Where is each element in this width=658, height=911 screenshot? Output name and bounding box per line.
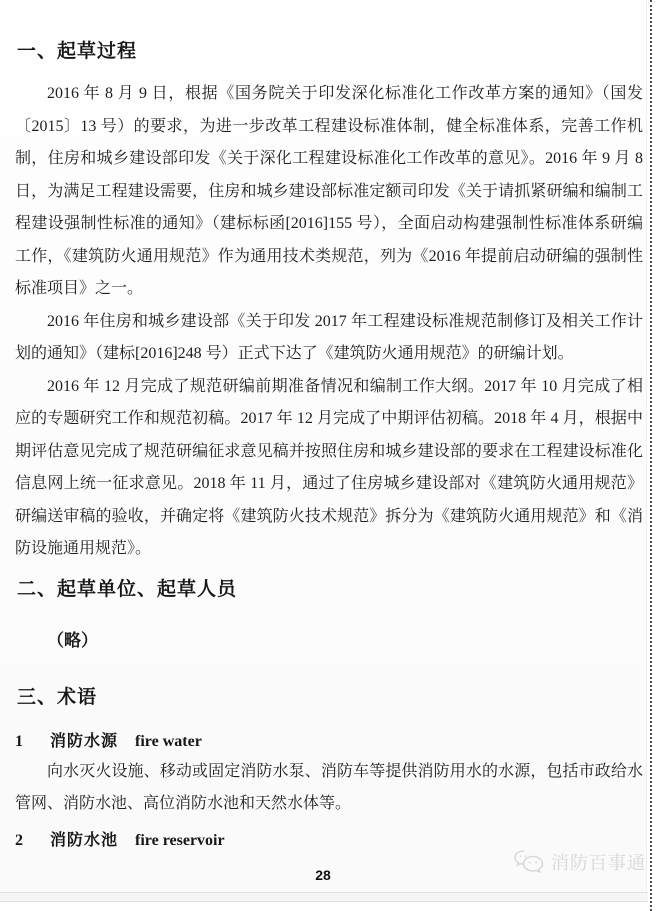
section2-omitted-note: （略）	[15, 628, 643, 654]
watermark-text: 消防百事通	[551, 849, 646, 875]
section1-paragraph-3: 2016 年 12 月完成了规范研编前期准备情况和编制工作大纲。2017 年 1…	[15, 371, 643, 566]
section3-heading: 三、术语	[17, 686, 643, 710]
section2-heading: 二、起草单位、起草人员	[17, 578, 643, 602]
page-right-edge-line	[646, 0, 647, 892]
section1-paragraph-1: 2016 年 8 月 9 日，根据《国务院关于印发深化标准化工作改革方案的通知》…	[15, 78, 643, 306]
section1-paragraph-2: 2016 年住房和城乡建设部《关于印发 2017 年工程建设标准规范制修订及相关…	[15, 306, 643, 371]
term-1-definition: 向水灭火设施、移动或固定消防水泵、消防车等提供消防用水的水源，包括市政给水管网、…	[15, 756, 643, 821]
watermark: 消防百事通	[513, 847, 646, 877]
term-entry-1: 1 消防水源 fire water	[15, 730, 643, 754]
term-1-chinese: 消防水源	[50, 733, 118, 750]
chat-bubbles-icon	[513, 849, 545, 875]
scanned-document-page: { "document": { "section1": { "heading":…	[0, 0, 658, 911]
section1-heading: 一、起草过程	[17, 40, 643, 64]
next-page-strip	[0, 902, 648, 911]
page-content: 一、起草过程 2016 年 8 月 9 日，根据《国务院关于印发深化标准化工作改…	[0, 0, 646, 853]
term-1-english: fire water	[135, 733, 202, 750]
perforation-dotted-line	[650, 0, 652, 911]
term-1-number: 1	[15, 730, 29, 754]
term-2-english: fire reservoir	[135, 832, 225, 849]
term-2-number: 2	[15, 829, 29, 853]
term-2-chinese: 消防水池	[50, 832, 118, 849]
page-separator-gap	[0, 893, 648, 901]
document-page: 一、起草过程 2016 年 8 月 9 日，根据《国务院关于印发深化标准化工作改…	[0, 0, 646, 892]
